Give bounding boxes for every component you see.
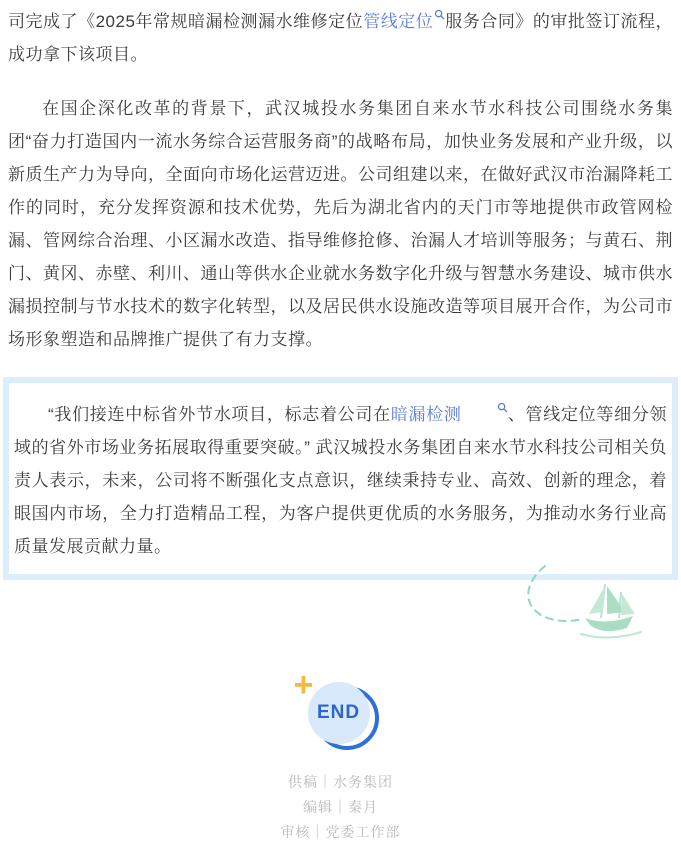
end-badge-wrapper: + END bbox=[0, 680, 681, 748]
quote-text-start: “我们接连中标省外节水项目，标志着公司在 bbox=[48, 405, 391, 424]
quote-text-end: 、管线定位等细分领域的省外市场业务拓展取得重要突破。” 武汉城投水务集团自来水节… bbox=[14, 405, 667, 556]
credit-line-editor: 编辑｜秦月 bbox=[0, 795, 681, 820]
entity-link-leak-detection[interactable]: 暗漏检测 bbox=[391, 405, 462, 424]
paragraph-2: 在国企深化改革的背景下，武汉城投水务集团自来水节水科技公司围绕水务集团“奋力打造… bbox=[8, 92, 673, 356]
footer-credits: 供稿｜水务集团 编辑｜秦月 审核｜党委工作部 bbox=[0, 770, 681, 853]
credit-line-contributor: 供稿｜水务集团 bbox=[0, 770, 681, 795]
end-badge-circle: END bbox=[308, 682, 370, 744]
entity-link-pipeline-locating[interactable]: 管线定位 bbox=[363, 12, 433, 31]
end-badge: + END bbox=[306, 680, 376, 748]
plus-icon: + bbox=[294, 668, 314, 702]
paragraph-2-text: 在国企深化改革的背景下，武汉城投水务集团自来水节水科技公司围绕水务集团“奋力打造… bbox=[8, 99, 673, 349]
paragraph-1: 司完成了《2025年常规暗漏检测漏水维修定位管线定位服务合同》的审批签订流程，成… bbox=[8, 5, 673, 71]
search-magnifier-icon[interactable] bbox=[463, 402, 508, 413]
search-magnifier-icon[interactable] bbox=[434, 9, 445, 20]
end-badge-label: END bbox=[317, 702, 360, 724]
quote-paragraph: “我们接连中标省外节水项目，标志着公司在暗漏检测、管线定位等细分领域的省外市场业… bbox=[14, 398, 667, 563]
credit-line-reviewer: 审核｜党委工作部 bbox=[0, 820, 681, 845]
paragraph-1-text-start: 司完成了《2025年常规暗漏检测漏水维修定位 bbox=[8, 12, 363, 31]
article-body: 司完成了《2025年常规暗漏检测漏水维修定位管线定位服务合同》的审批签订流程，成… bbox=[0, 0, 681, 580]
quote-highlight-box: “我们接连中标省外节水项目，标志着公司在暗漏检测、管线定位等细分领域的省外市场业… bbox=[3, 377, 678, 580]
sailboat-icon bbox=[581, 584, 641, 638]
